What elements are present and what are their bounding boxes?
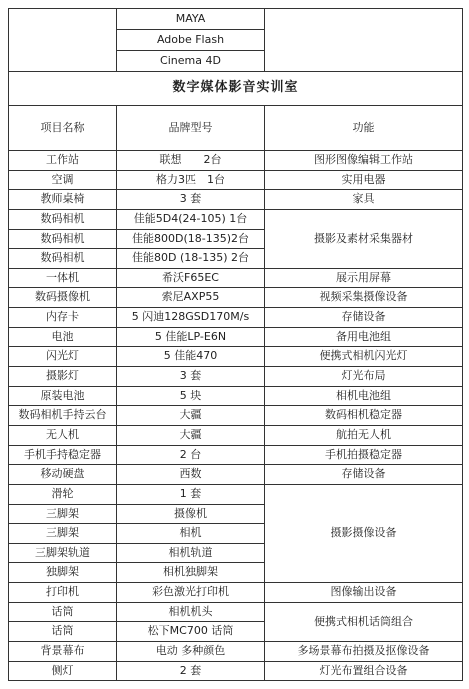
brand-model-cell: 松下MC700 话筒 xyxy=(117,622,265,642)
brand-model-cell: 5 佳能LP-E6N xyxy=(117,327,265,347)
brand-model-cell: 5 闪迪128GSD170M/s xyxy=(117,308,265,328)
item-name-cell: 话筒 xyxy=(9,622,117,642)
empty-left-cell xyxy=(9,9,117,72)
item-name-cell: 原装电池 xyxy=(9,386,117,406)
equipment-row: 背景幕布电动 多种颜色多场景幕布拍摄及抠像设备 xyxy=(9,642,463,662)
function-cell: 数码相机稳定器 xyxy=(265,406,463,426)
item-name-cell: 话筒 xyxy=(9,602,117,622)
equipment-row: 无人机大疆航拍无人机 xyxy=(9,425,463,445)
function-cell: 灯光布局 xyxy=(265,367,463,387)
equipment-row: 数码相机佳能5D4(24-105) 1台摄影及素材采集器材 xyxy=(9,209,463,229)
item-name-cell: 内存卡 xyxy=(9,308,117,328)
function-cell: 存储设备 xyxy=(265,465,463,485)
item-name-cell: 背景幕布 xyxy=(9,642,117,662)
brand-model-cell: 大疆 xyxy=(117,406,265,426)
function-cell: 多场景幕布拍摄及抠像设备 xyxy=(265,642,463,662)
brand-model-cell: 佳能80D (18-135) 2台 xyxy=(117,249,265,269)
room-title: 数字媒体影音实训室 xyxy=(9,72,463,106)
brand-model-cell: 索尼AXP55 xyxy=(117,288,265,308)
function-cell: 备用电池组 xyxy=(265,327,463,347)
column-header-brand: 品牌型号 xyxy=(117,106,265,151)
brand-model-cell: 希沃F65EC xyxy=(117,268,265,288)
item-name-cell: 数码相机手持云台 xyxy=(9,406,117,426)
equipment-row: 电池5 佳能LP-E6N备用电池组 xyxy=(9,327,463,347)
brand-model-cell: 5 块 xyxy=(117,386,265,406)
item-name-cell: 无人机 xyxy=(9,425,117,445)
equipment-row: 摄影灯3 套灯光布局 xyxy=(9,367,463,387)
brand-model-cell: 3 套 xyxy=(117,190,265,210)
brand-model-cell: 2 台 xyxy=(117,445,265,465)
equipment-row: 闪光灯5 佳能470便携式相机闪光灯 xyxy=(9,347,463,367)
item-name-cell: 三脚架 xyxy=(9,504,117,524)
title-row: 数字媒体影音实训室 xyxy=(9,72,463,106)
brand-model-cell: 彩色激光打印机 xyxy=(117,583,265,603)
item-name-cell: 三脚架轨道 xyxy=(9,543,117,563)
equipment-row: 教师桌椅3 套家具 xyxy=(9,190,463,210)
equipment-row: 话筒相机机头便携式相机话筒组合 xyxy=(9,602,463,622)
item-name-cell: 闪光灯 xyxy=(9,347,117,367)
item-name-cell: 工作站 xyxy=(9,151,117,171)
function-cell: 便携式相机闪光灯 xyxy=(265,347,463,367)
equipment-row: 打印机彩色激光打印机图像输出设备 xyxy=(9,583,463,603)
brand-model-cell: 2 套 xyxy=(117,661,265,681)
equipment-row: 数码摄像机索尼AXP55视频采集摄像设备 xyxy=(9,288,463,308)
item-name-cell: 教师桌椅 xyxy=(9,190,117,210)
function-cell: 手机拍摄稳定器 xyxy=(265,445,463,465)
function-cell: 视频采集摄像设备 xyxy=(265,288,463,308)
equipment-table: MAYA Adobe Flash Cinema 4D 数字媒体影音实训室 项目名… xyxy=(8,8,463,681)
equipment-row: 空调格力3匹 1台实用电器 xyxy=(9,170,463,190)
software-section: MAYA Adobe Flash Cinema 4D xyxy=(9,9,463,72)
equipment-row: 工作站联想 2台图形图像编辑工作站 xyxy=(9,151,463,171)
column-header-row: 项目名称 品牌型号 功能 xyxy=(9,106,463,151)
item-name-cell: 手机手持稳定器 xyxy=(9,445,117,465)
brand-model-cell: 佳能800D(18-135)2台 xyxy=(117,229,265,249)
title-section: 数字媒体影音实训室 xyxy=(9,72,463,106)
brand-model-cell: 相机机头 xyxy=(117,602,265,622)
equipment-row: 一体机希沃F65EC展示用屏幕 xyxy=(9,268,463,288)
item-name-cell: 摄影灯 xyxy=(9,367,117,387)
item-name-cell: 数码相机 xyxy=(9,229,117,249)
software-row: MAYA xyxy=(9,9,463,30)
item-name-cell: 三脚架 xyxy=(9,524,117,544)
brand-model-cell: 佳能5D4(24-105) 1台 xyxy=(117,209,265,229)
brand-model-cell: 大疆 xyxy=(117,425,265,445)
software-name-cell: Cinema 4D xyxy=(117,51,265,72)
function-cell: 图形图像编辑工作站 xyxy=(265,151,463,171)
function-cell: 图像输出设备 xyxy=(265,583,463,603)
equipment-row: 侧灯2 套灯光布置组合设备 xyxy=(9,661,463,681)
column-header-function: 功能 xyxy=(265,106,463,151)
brand-model-cell: 相机独脚架 xyxy=(117,563,265,583)
brand-model-cell: 联想 2台 xyxy=(117,151,265,171)
function-cell: 摄影摄像设备 xyxy=(265,484,463,582)
column-header-item: 项目名称 xyxy=(9,106,117,151)
function-cell: 家具 xyxy=(265,190,463,210)
equipment-row: 数码相机手持云台大疆数码相机稳定器 xyxy=(9,406,463,426)
software-name-cell: MAYA xyxy=(117,9,265,30)
item-name-cell: 侧灯 xyxy=(9,661,117,681)
item-name-cell: 电池 xyxy=(9,327,117,347)
brand-model-cell: 西数 xyxy=(117,465,265,485)
equipment-row: 原装电池5 块相机电池组 xyxy=(9,386,463,406)
item-name-cell: 数码摄像机 xyxy=(9,288,117,308)
item-name-cell: 数码相机 xyxy=(9,249,117,269)
equipment-row: 内存卡5 闪迪128GSD170M/s存储设备 xyxy=(9,308,463,328)
function-cell: 存储设备 xyxy=(265,308,463,328)
software-name-cell: Adobe Flash xyxy=(117,30,265,51)
function-cell: 摄影及素材采集器材 xyxy=(265,209,463,268)
equipment-rows: 工作站联想 2台图形图像编辑工作站空调格力3匹 1台实用电器教师桌椅3 套家具数… xyxy=(9,151,463,681)
brand-model-cell: 3 套 xyxy=(117,367,265,387)
equipment-row: 滑轮1 套摄影摄像设备 xyxy=(9,484,463,504)
function-cell: 灯光布置组合设备 xyxy=(265,661,463,681)
function-cell: 相机电池组 xyxy=(265,386,463,406)
item-name-cell: 移动硬盘 xyxy=(9,465,117,485)
brand-model-cell: 1 套 xyxy=(117,484,265,504)
header-section: 项目名称 品牌型号 功能 xyxy=(9,106,463,151)
brand-model-cell: 相机轨道 xyxy=(117,543,265,563)
function-cell: 航拍无人机 xyxy=(265,425,463,445)
function-cell: 便携式相机话筒组合 xyxy=(265,602,463,641)
item-name-cell: 打印机 xyxy=(9,583,117,603)
brand-model-cell: 电动 多种颜色 xyxy=(117,642,265,662)
brand-model-cell: 5 佳能470 xyxy=(117,347,265,367)
item-name-cell: 一体机 xyxy=(9,268,117,288)
function-cell: 实用电器 xyxy=(265,170,463,190)
brand-model-cell: 相机 xyxy=(117,524,265,544)
item-name-cell: 数码相机 xyxy=(9,209,117,229)
item-name-cell: 独脚架 xyxy=(9,563,117,583)
empty-right-cell xyxy=(265,9,463,72)
equipment-row: 移动硬盘西数存储设备 xyxy=(9,465,463,485)
item-name-cell: 空调 xyxy=(9,170,117,190)
brand-model-cell: 摄像机 xyxy=(117,504,265,524)
equipment-row: 手机手持稳定器2 台手机拍摄稳定器 xyxy=(9,445,463,465)
item-name-cell: 滑轮 xyxy=(9,484,117,504)
brand-model-cell: 格力3匹 1台 xyxy=(117,170,265,190)
function-cell: 展示用屏幕 xyxy=(265,268,463,288)
